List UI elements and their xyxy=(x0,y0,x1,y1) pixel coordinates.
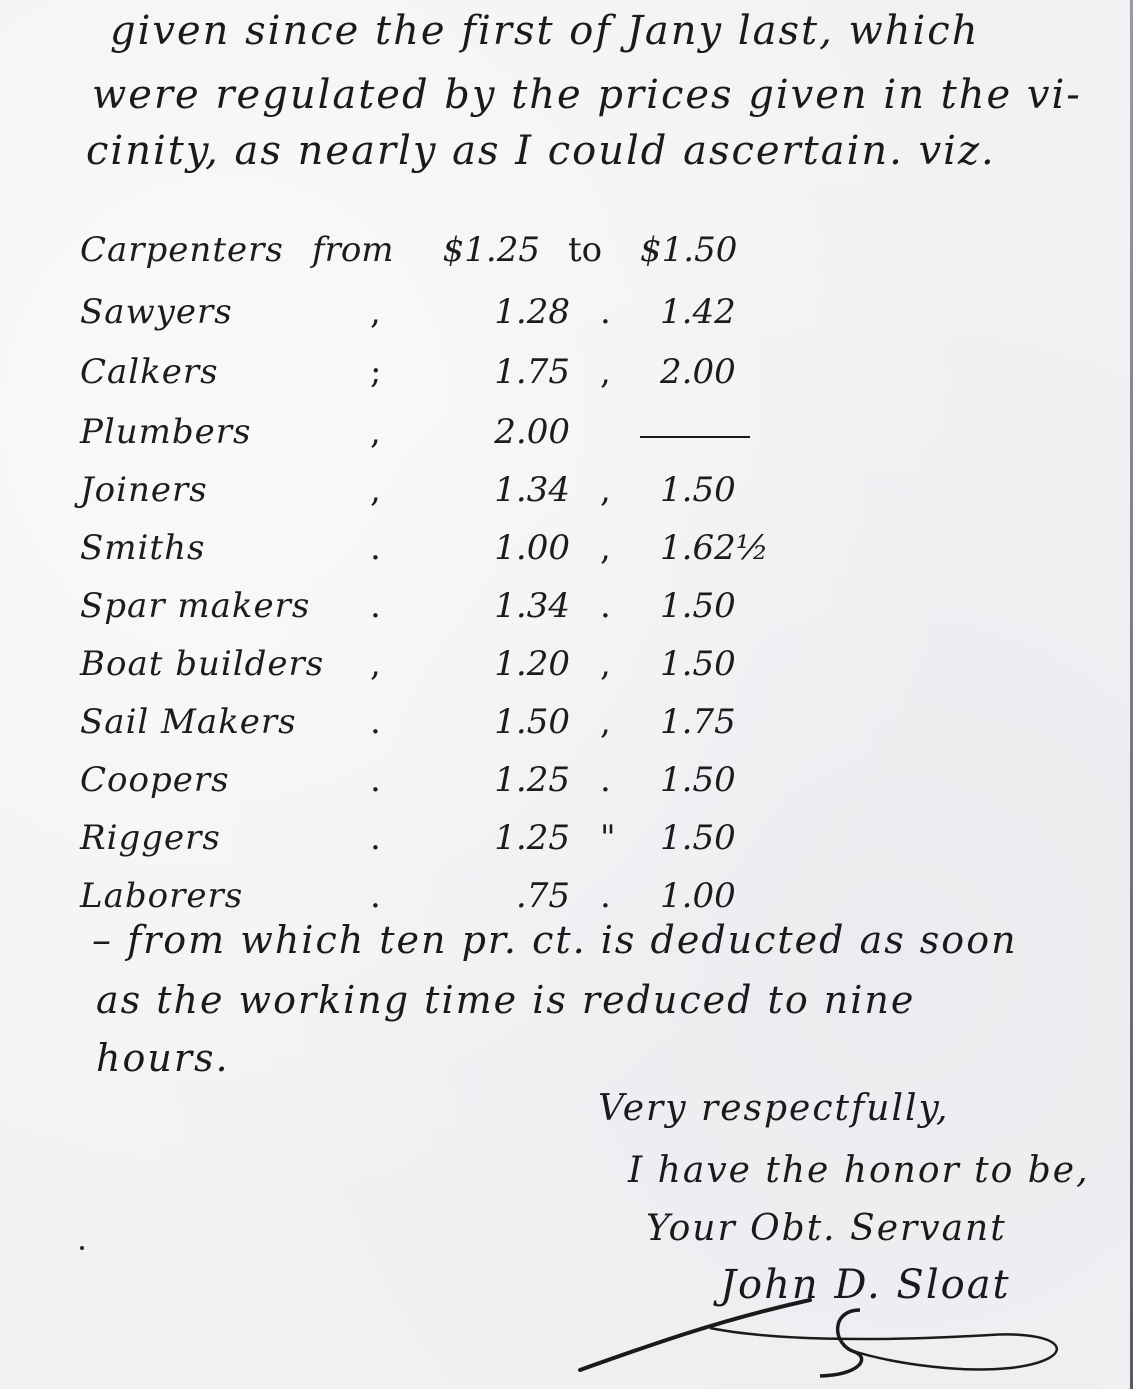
ink-speck xyxy=(80,1246,84,1250)
note-line-1: – from which ten pr. ct. is deducted as … xyxy=(92,918,1018,962)
table-row: Sail Makers . 1.50 , 1.75 xyxy=(80,702,800,752)
trade-name: Joiners xyxy=(80,470,208,510)
table-row: Joiners , 1.34 , 1.50 xyxy=(80,470,800,520)
opening-line-3: cinity, as nearly as I could ascertain. … xyxy=(86,128,996,174)
table-row: Boat builders , 1.20 , 1.50 xyxy=(80,644,800,694)
from-connector: from xyxy=(312,230,394,270)
ditto-mark: , xyxy=(600,702,611,742)
opening-line-2: were regulated by the prices given in th… xyxy=(92,72,1082,118)
to-connector: to xyxy=(568,230,602,270)
trade-name: Laborers xyxy=(80,876,243,916)
wage-to: 1.50 xyxy=(660,760,736,800)
table-row: Carpenters from $1.25 to $1.50 xyxy=(80,230,800,280)
closing-line-2: I have the honor to be, xyxy=(628,1150,1090,1191)
wage-from: 1.25 xyxy=(460,760,570,800)
note-line-2: as the working time is reduced to nine xyxy=(96,978,915,1022)
opening-line-1: given since the first of Jany last, whic… xyxy=(110,8,979,54)
trade-name: Boat builders xyxy=(80,644,324,684)
ditto-mark: . xyxy=(370,586,381,626)
ditto-mark: , xyxy=(370,470,381,510)
table-row: Coopers . 1.25 . 1.50 xyxy=(80,760,800,810)
closing-line-3: Your Obt. Servant xyxy=(646,1208,1007,1249)
table-row: Spar makers . 1.34 . 1.50 xyxy=(80,586,800,636)
table-row: Calkers ; 1.75 , 2.00 xyxy=(80,352,800,402)
wage-from: 1.34 xyxy=(460,586,570,626)
signature-flourish-icon xyxy=(570,1290,1090,1380)
ditto-mark: ; xyxy=(370,352,381,392)
ditto-mark: . xyxy=(370,876,381,916)
ditto-mark: . xyxy=(370,702,381,742)
table-row: Plumbers , 2.00 xyxy=(80,412,800,462)
wage-from: $1.25 xyxy=(430,230,540,270)
trade-name: Riggers xyxy=(80,818,221,858)
ditto-mark: . xyxy=(370,818,381,858)
ditto-mark: . xyxy=(370,528,381,568)
wage-from: .75 xyxy=(460,876,570,916)
trade-name: Smiths xyxy=(80,528,205,568)
wage-to: $1.50 xyxy=(640,230,737,270)
ditto-mark: . xyxy=(600,292,611,332)
no-value-dash xyxy=(640,436,750,438)
ditto-mark: . xyxy=(600,760,611,800)
wage-to: 1.50 xyxy=(660,644,736,684)
ditto-mark: , xyxy=(600,644,611,684)
trade-name: Plumbers xyxy=(80,412,251,452)
wage-from: 1.28 xyxy=(460,292,570,332)
ditto-mark: . xyxy=(600,876,611,916)
wage-to: 1.62½ xyxy=(660,528,769,568)
ditto-mark: , xyxy=(600,352,611,392)
ditto-mark: . xyxy=(600,586,611,626)
ditto-mark: " xyxy=(600,818,616,858)
wage-from: 1.34 xyxy=(460,470,570,510)
wage-from: 1.00 xyxy=(460,528,570,568)
wage-from: 1.25 xyxy=(460,818,570,858)
trade-name: Carpenters xyxy=(80,230,284,270)
note-line-3: hours. xyxy=(96,1036,230,1080)
wage-from: 1.75 xyxy=(460,352,570,392)
table-row: Riggers . 1.25 " 1.50 xyxy=(80,818,800,868)
wage-to: 1.50 xyxy=(660,818,736,858)
table-row: Sawyers , 1.28 . 1.42 xyxy=(80,292,800,342)
wage-to: 1.50 xyxy=(660,470,736,510)
ditto-mark: , xyxy=(370,292,381,332)
trade-name: Spar makers xyxy=(80,586,310,626)
trade-name: Coopers xyxy=(80,760,230,800)
manuscript-page: given since the first of Jany last, whic… xyxy=(0,0,1133,1389)
trade-name: Sail Makers xyxy=(80,702,297,742)
wage-to: 2.00 xyxy=(660,352,736,392)
wage-from: 1.20 xyxy=(460,644,570,684)
trade-name: Sawyers xyxy=(80,292,233,332)
wage-from: 1.50 xyxy=(460,702,570,742)
trade-name: Calkers xyxy=(80,352,219,392)
closing-line-1: Very respectfully, xyxy=(598,1088,950,1129)
ditto-mark: . xyxy=(370,760,381,800)
wage-from: 2.00 xyxy=(460,412,570,452)
ditto-mark: , xyxy=(370,412,381,452)
ditto-mark: , xyxy=(600,470,611,510)
ditto-mark: , xyxy=(370,644,381,684)
ditto-mark: , xyxy=(600,528,611,568)
wage-to: 1.75 xyxy=(660,702,736,742)
wage-to: 1.00 xyxy=(660,876,736,916)
wage-to: 1.50 xyxy=(660,586,736,626)
table-row: Smiths . 1.00 , 1.62½ xyxy=(80,528,800,578)
wage-to: 1.42 xyxy=(660,292,736,332)
